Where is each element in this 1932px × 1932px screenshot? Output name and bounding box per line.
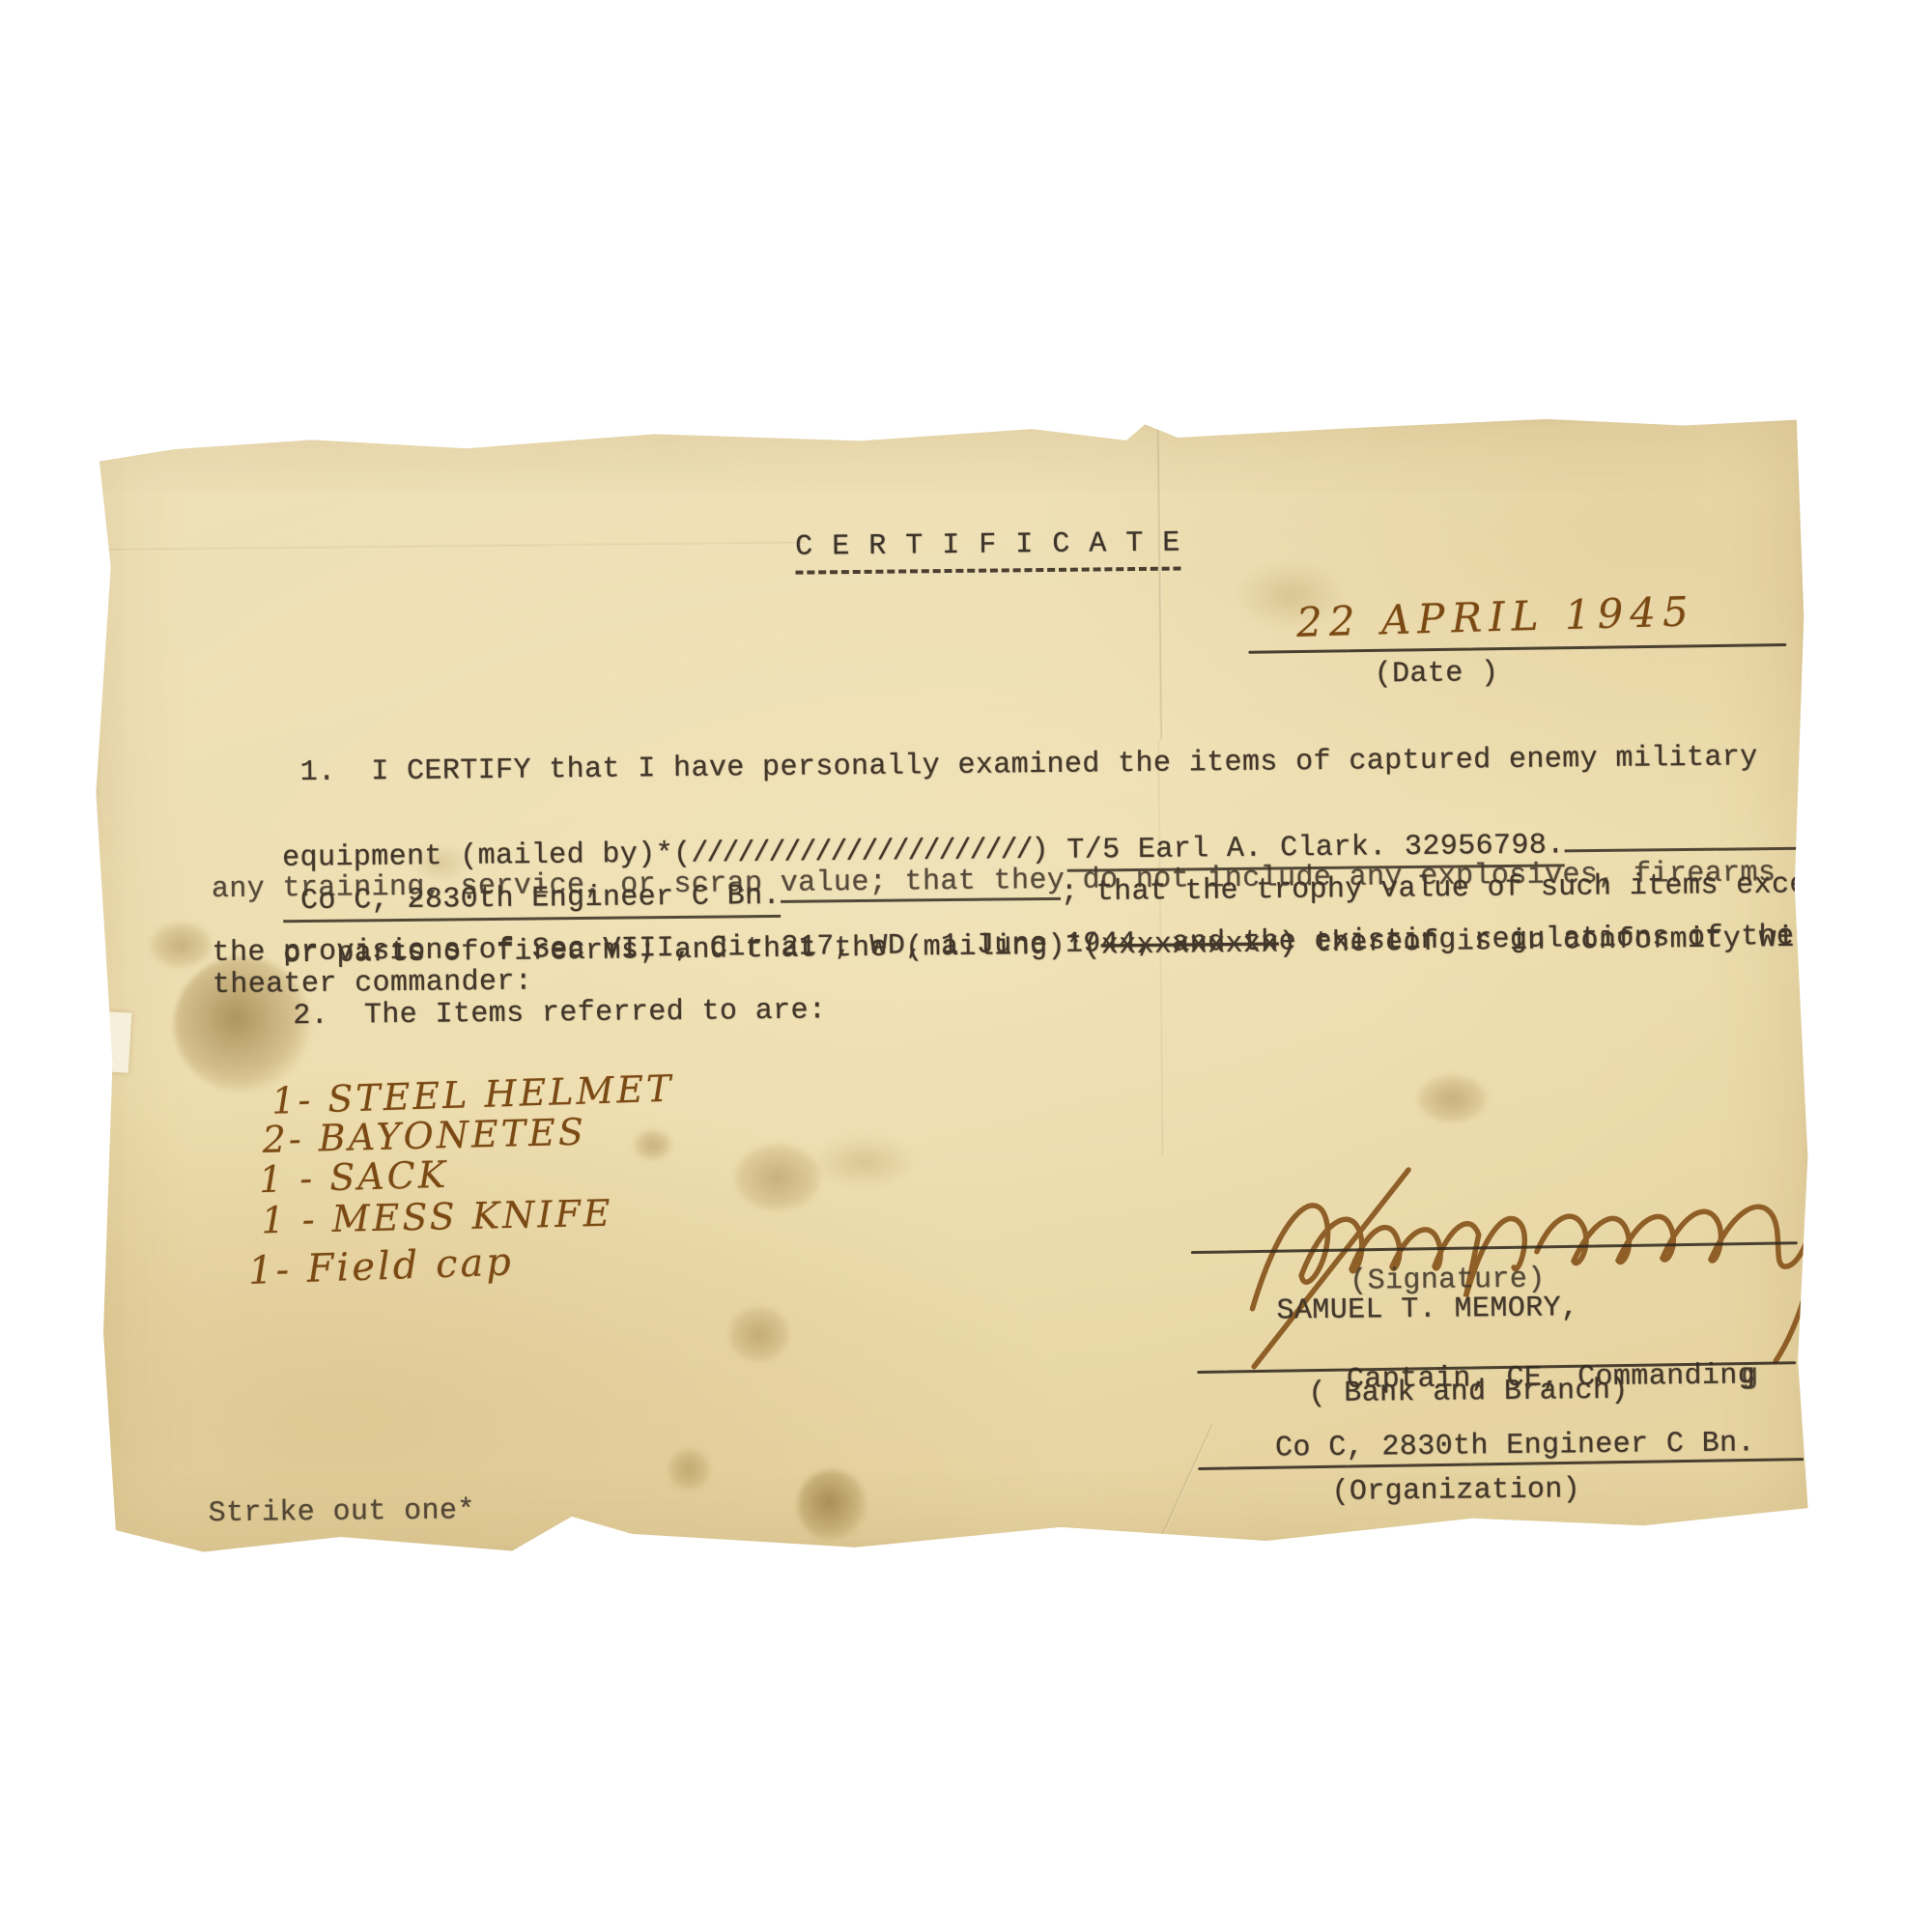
date-handwritten: 22 APRIL 1945 <box>1295 587 1695 646</box>
certify-line-7: theater commander: <box>213 966 533 1002</box>
certificate-title: C E R T I F I C A T E <box>795 526 1181 574</box>
item-line: 1 - MESS KNIFE <box>261 1192 613 1242</box>
fold-crease-diagonal <box>1156 1423 1215 1548</box>
item-line: 1 - SACK <box>258 1153 448 1201</box>
stain <box>668 1448 710 1491</box>
items-heading: 2. The Items referred to are: <box>293 994 826 1033</box>
strike-out-footnote: Strike out one* <box>209 1494 475 1530</box>
photo-background: { "document": { "title": "C E R T I F I … <box>0 0 1932 1932</box>
organization-label: (Organization) <box>1331 1473 1580 1509</box>
stain <box>727 1306 790 1363</box>
certify-line-1: 1. I CERTIFY that I have personally exam… <box>299 741 1757 789</box>
stain <box>734 1143 822 1211</box>
stain <box>797 1469 867 1542</box>
stain <box>634 1129 672 1160</box>
certificate-paper: C E R T I F I C A T E 22 APRIL 1945 (Dat… <box>89 414 1815 1558</box>
signer-name: SAMUEL T. MEMORY, <box>1276 1292 1578 1327</box>
stain <box>811 1134 919 1189</box>
date-label: (Date ) <box>1374 657 1498 691</box>
stain <box>1417 1074 1488 1123</box>
fold-crease-horizontal <box>90 541 805 553</box>
item-line: 1- Field cap <box>247 1239 514 1293</box>
fold-crease-vertical <box>1156 421 1163 740</box>
tape-patch <box>80 1010 132 1073</box>
rank-label: ( Bank and Branch) <box>1308 1375 1629 1410</box>
stain <box>150 922 212 969</box>
